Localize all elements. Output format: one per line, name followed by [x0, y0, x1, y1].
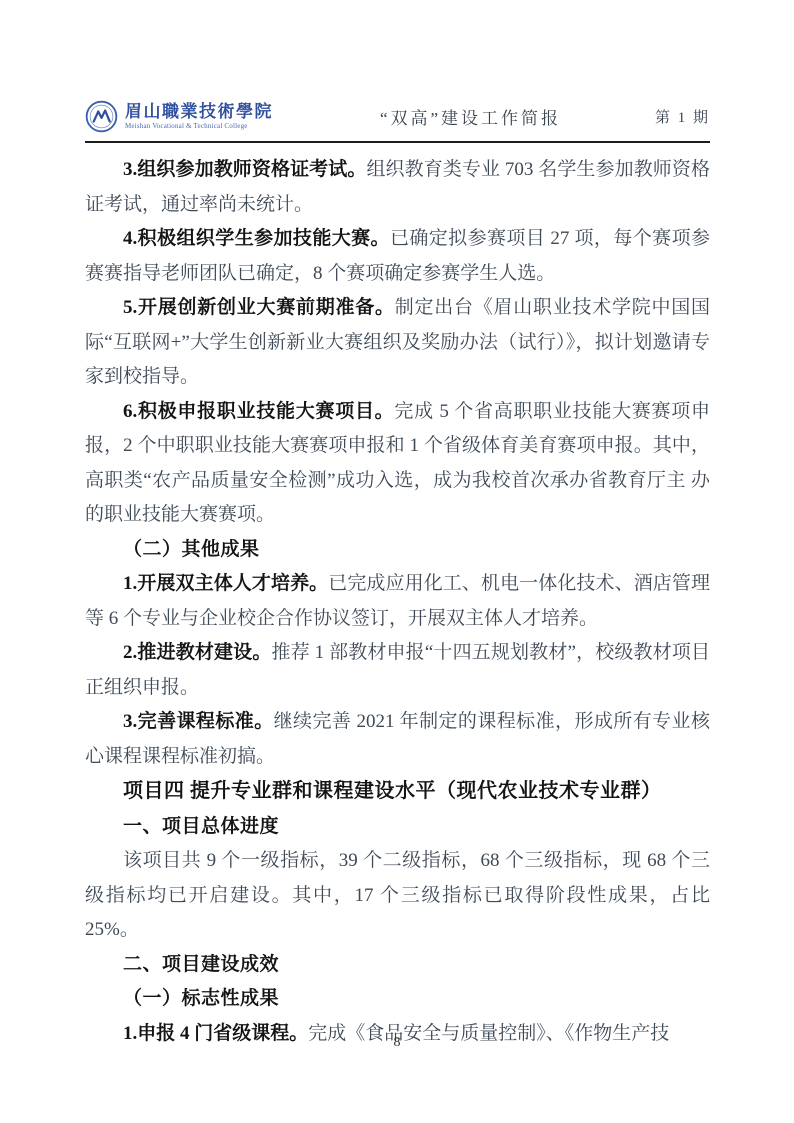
- paragraph-text: 该项目共 9 个一级指标，39 个二级指标，68 个三级指标，现 68 个三级指…: [85, 850, 710, 940]
- paragraph-course-standards: 3.完善课程标准。继续完善 2021 年制定的课程标准，形成所有专业核心课程课程…: [85, 705, 710, 774]
- section-heading-landmark-results: （一）标志性成果: [85, 982, 710, 1017]
- school-name-en: Meishan Vocational & Technical College: [125, 123, 273, 130]
- section-heading-text: （一）标志性成果: [123, 988, 279, 1009]
- paragraph-lead: 3.组织参加教师资格证考试。: [123, 159, 366, 180]
- section-heading-text: （二）其他成果: [123, 539, 260, 560]
- document-body: 3.组织参加教师资格证考试。组织教育类专业 703 名学生参加教师资格证考试，通…: [85, 153, 710, 1051]
- section-heading-construction-results: 二、项目建设成效: [85, 948, 710, 983]
- paragraph-dual-training: 1.开展双主体人才培养。已完成应用化工、机电一体化技术、酒店管理等 6 个专业与…: [85, 567, 710, 636]
- section-heading-text: 项目四 提升专业群和课程建设水平（现代农业技术专业群）: [123, 780, 662, 802]
- document-page: 眉山職業技術學院 Meishan Vocational & Technical …: [0, 0, 794, 1123]
- paragraph-textbook: 2.推进教材建设。推荐 1 部教材申报“十四五规划教材”，校级教材项目正组织申报…: [85, 636, 710, 705]
- project-four-heading: 项目四 提升专业群和课程建设水平（现代农业技术专业群）: [85, 774, 710, 810]
- section-heading-other-results: （二）其他成果: [85, 533, 710, 568]
- section-heading-overall-progress: 一、项目总体进度: [85, 810, 710, 845]
- paragraph-lead: 4.积极组织学生参加技能大赛。: [123, 228, 390, 249]
- page-header: 眉山職業技術學院 Meishan Vocational & Technical …: [85, 100, 710, 143]
- paragraph-contest-application: 6.积极申报职业技能大赛项目。完成 5 个省高职职业技能大赛赛项申报，2 个中职…: [85, 395, 710, 533]
- paragraph-indicators: 该项目共 9 个一级指标，39 个二级指标，68 个三级指标，现 68 个三级指…: [85, 844, 710, 948]
- school-name-cn: 眉山職業技術學院: [125, 103, 273, 121]
- paragraph-skills-competition: 4.积极组织学生参加技能大赛。已确定拟参赛项目 27 项，每个赛项参赛赛指导老师…: [85, 222, 710, 291]
- section-heading-text: 一、项目总体进度: [123, 816, 279, 837]
- paragraph-innovation-contest: 5.开展创新创业大赛前期准备。制定出台《眉山职业技术学院中国国际“互联网+”大学…: [85, 291, 710, 395]
- school-name-block: 眉山職業技術學院 Meishan Vocational & Technical …: [125, 103, 273, 130]
- page-number: 8: [0, 1035, 794, 1051]
- paragraph-lead: 3.完善课程标准。: [123, 711, 274, 732]
- college-logo: 眉山職業技術學院 Meishan Vocational & Technical …: [85, 100, 303, 133]
- paragraph-teacher-cert: 3.组织参加教师资格证考试。组织教育类专业 703 名学生参加教师资格证考试，通…: [85, 153, 710, 222]
- paragraph-lead: 6.积极申报职业技能大赛项目。: [123, 401, 394, 422]
- bulletin-title: “双高”建设工作简报: [303, 104, 638, 129]
- paragraph-lead: 5.开展创新创业大赛前期准备。: [123, 297, 395, 318]
- college-seal-icon: [85, 100, 118, 133]
- section-heading-text: 二、项目建设成效: [123, 954, 279, 975]
- paragraph-lead: 2.推进教材建设。: [123, 642, 271, 663]
- issue-number: 第 1 期: [638, 106, 710, 127]
- paragraph-lead: 1.开展双主体人才培养。: [123, 573, 328, 594]
